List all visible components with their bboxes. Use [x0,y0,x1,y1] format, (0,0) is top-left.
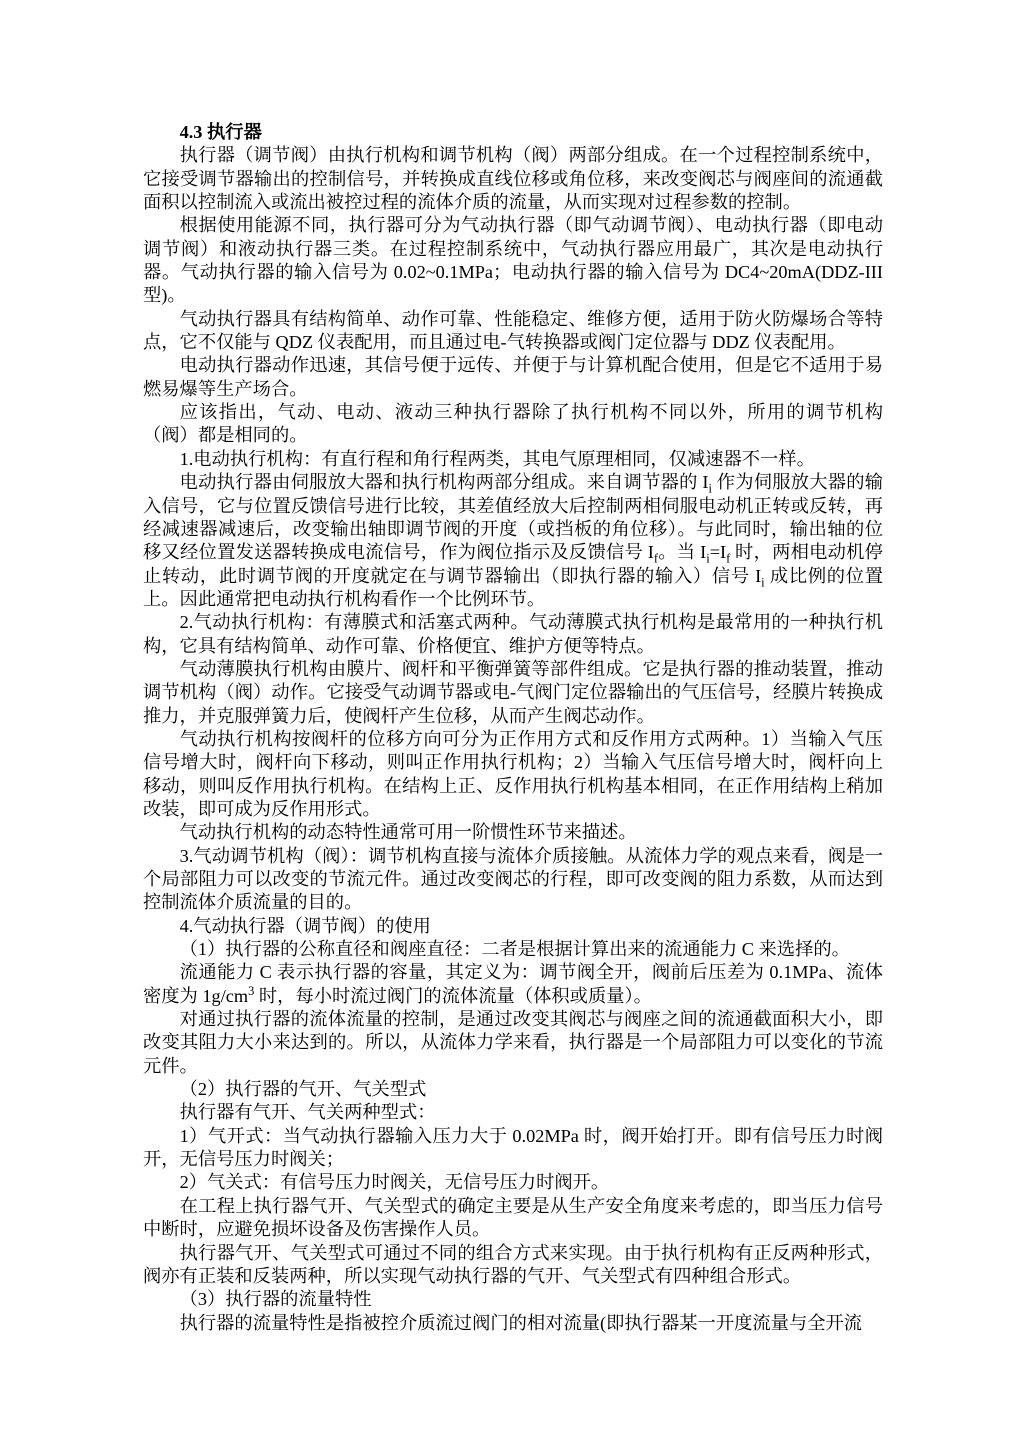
paragraph: 气动执行机构按阀杆的位移方向可分为正作用方式和反作用方式两种。1）当输入气压信号… [143,728,883,821]
paragraph: 执行器（调节阀）由执行机构和调节机构（阀）两部分组成。在一个过程控制系统中，它接… [143,144,883,214]
paragraph: 气动执行机构的动态特性通常可用一阶惯性环节来描述。 [143,821,883,844]
paragraph: 2）气关式：有信号压力时阀关，无信号压力时阀开。 [143,1171,883,1194]
paragraph: 1.电动执行机构：有直行程和角行程两类，其电气原理相同，仅减速器不一样。 [143,448,883,471]
paragraph: 流通能力 C 表示执行器的容量，其定义为：调节阀全开，阀前后压差为 0.1MPa… [143,961,883,1008]
section-heading: 4.3 执行器 [143,121,883,144]
paragraph: 电动执行器由伺服放大器和执行机构两部分组成。来自调节器的 Ii 作为伺服放大器的… [143,471,883,611]
paragraph: 执行器有气开、气关两种型式： [143,1101,883,1124]
paragraph: 2.气动执行机构：有薄膜式和活塞式两种。气动薄膜式执行机构是最常用的一种执行机构… [143,611,883,658]
paragraph: 气动执行器具有结构简单、动作可靠、性能稳定、维修方便，适用于防火防爆场合等特点，… [143,308,883,355]
paragraph-container: 执行器（调节阀）由执行机构和调节机构（阀）两部分组成。在一个过程控制系统中，它接… [143,144,883,1335]
paragraph: 3.气动调节机构（阀）：调节机构直接与流体介质接触。从流体力学的观点来看，阀是一… [143,845,883,915]
paragraph: （2）执行器的气开、气关型式 [143,1078,883,1101]
document-page: 4.3 执行器 执行器（调节阀）由执行机构和调节机构（阀）两部分组成。在一个过程… [0,0,1023,1447]
document-content: 4.3 执行器 执行器（调节阀）由执行机构和调节机构（阀）两部分组成。在一个过程… [143,121,883,1335]
paragraph: 应该指出，气动、电动、液动三种执行器除了执行机构不同以外，所用的调节机构（阀）都… [143,401,883,448]
paragraph: （3）执行器的流量特性 [143,1288,883,1311]
paragraph: 执行器的流量特性是指被控介质流过阀门的相对流量(即执行器某一开度流量与全开流 [143,1312,883,1335]
paragraph: 电动执行器动作迅速，其信号便于远传、并便于与计算机配合使用，但是它不适用于易燃易… [143,354,883,401]
paragraph: 执行器气开、气关型式可通过不同的组合方式来实现。由于执行机构有正反两种形式，阀亦… [143,1242,883,1289]
paragraph: 在工程上执行器气开、气关型式的确定主要是从生产安全角度来考虑的，即当压力信号中断… [143,1195,883,1242]
paragraph: 1）气开式：当气动执行器输入压力大于 0.02MPa 时，阀开始打开。即有信号压… [143,1125,883,1172]
paragraph: （1）执行器的公称直径和阀座直径：二者是根据计算出来的流通能力 C 来选择的。 [143,938,883,961]
paragraph: 4.气动执行器（调节阀）的使用 [143,915,883,938]
paragraph: 气动薄膜执行机构由膜片、阀杆和平衡弹簧等部件组成。它是执行器的推动装置，推动调节… [143,658,883,728]
paragraph: 对通过执行器的流体流量的控制，是通过改变其阀芯与阀座之间的流通截面积大小，即改变… [143,1008,883,1078]
paragraph: 根据使用能源不同，执行器可分为气动执行器（即气动调节阀）、电动执行器（即电动调节… [143,214,883,307]
